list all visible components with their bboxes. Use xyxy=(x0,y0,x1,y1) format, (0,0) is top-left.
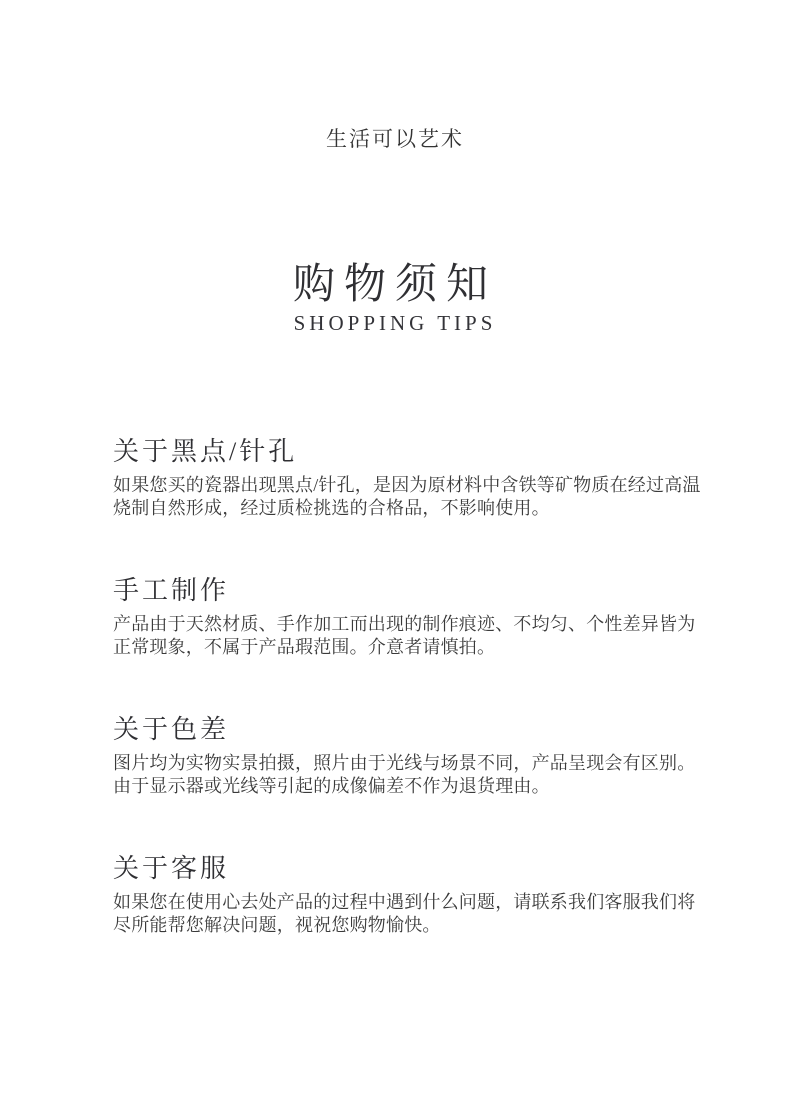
info-section-service: 关于客服 如果您在使用心去处产品的过程中遇到什么问题，请联系我们客服我们将 尽所… xyxy=(113,856,690,937)
section-body: 如果您在使用心去处产品的过程中遇到什么问题，请联系我们客服我们将 尽所能帮您解决… xyxy=(113,891,690,937)
section-body: 如果您买的瓷器出现黑点/针孔，是因为原材料中含铁等矿物质在经过高温 烧制自然形成… xyxy=(113,474,690,520)
section-body: 产品由于天然材质、手作加工而出现的制作痕迹、不均匀、个性差异皆为 正常现象，不属… xyxy=(113,613,690,659)
section-heading: 关于色差 xyxy=(113,717,690,743)
info-section-blackdots: 关于黑点/针孔 如果您买的瓷器出现黑点/针孔，是因为原材料中含铁等矿物质在经过高… xyxy=(113,439,690,520)
section-heading: 关于黑点/针孔 xyxy=(113,439,690,465)
section-text-line: 尽所能帮您解决问题，视祝您购物愉快。 xyxy=(113,914,690,937)
section-text-line: 产品由于天然材质、手作加工而出现的制作痕迹、不均匀、个性差异皆为 xyxy=(113,613,690,636)
section-text-line: 图片均为实物实景拍摄，照片由于光线与场景不同，产品呈现会有区别。 xyxy=(113,752,690,775)
section-text-line: 由于显示器或光线等引起的成像偏差不作为退货理由。 xyxy=(113,775,690,798)
section-text-line: 如果您在使用心去处产品的过程中遇到什么问题，请联系我们客服我们将 xyxy=(113,891,690,914)
page-title: 购物须知 xyxy=(0,264,790,306)
info-section-handmade: 手工制作 产品由于天然材质、手作加工而出现的制作痕迹、不均匀、个性差异皆为 正常… xyxy=(113,578,690,659)
page-subtitle: SHOPPING TIPS xyxy=(0,313,790,334)
info-sections: 关于黑点/针孔 如果您买的瓷器出现黑点/针孔，是因为原材料中含铁等矿物质在经过高… xyxy=(113,439,690,937)
section-text-line: 正常现象，不属于产品瑕范围。介意者请慎拍。 xyxy=(113,636,690,659)
section-text-line: 烧制自然形成，经过质检挑选的合格品，不影响使用。 xyxy=(113,497,690,520)
brand-slogan: 生活可以艺术 xyxy=(0,0,790,150)
section-heading: 手工制作 xyxy=(113,578,690,604)
section-heading: 关于客服 xyxy=(113,856,690,882)
title-block: 购物须知 SHOPPING TIPS xyxy=(0,264,790,334)
section-body: 图片均为实物实景拍摄，照片由于光线与场景不同，产品呈现会有区别。 由于显示器或光… xyxy=(113,752,690,798)
info-section-colordiff: 关于色差 图片均为实物实景拍摄，照片由于光线与场景不同，产品呈现会有区别。 由于… xyxy=(113,717,690,798)
shopping-tips-page: 生活可以艺术 购物须知 SHOPPING TIPS 关于黑点/针孔 如果您买的瓷… xyxy=(0,0,790,1100)
section-text-line: 如果您买的瓷器出现黑点/针孔，是因为原材料中含铁等矿物质在经过高温 xyxy=(113,474,690,497)
